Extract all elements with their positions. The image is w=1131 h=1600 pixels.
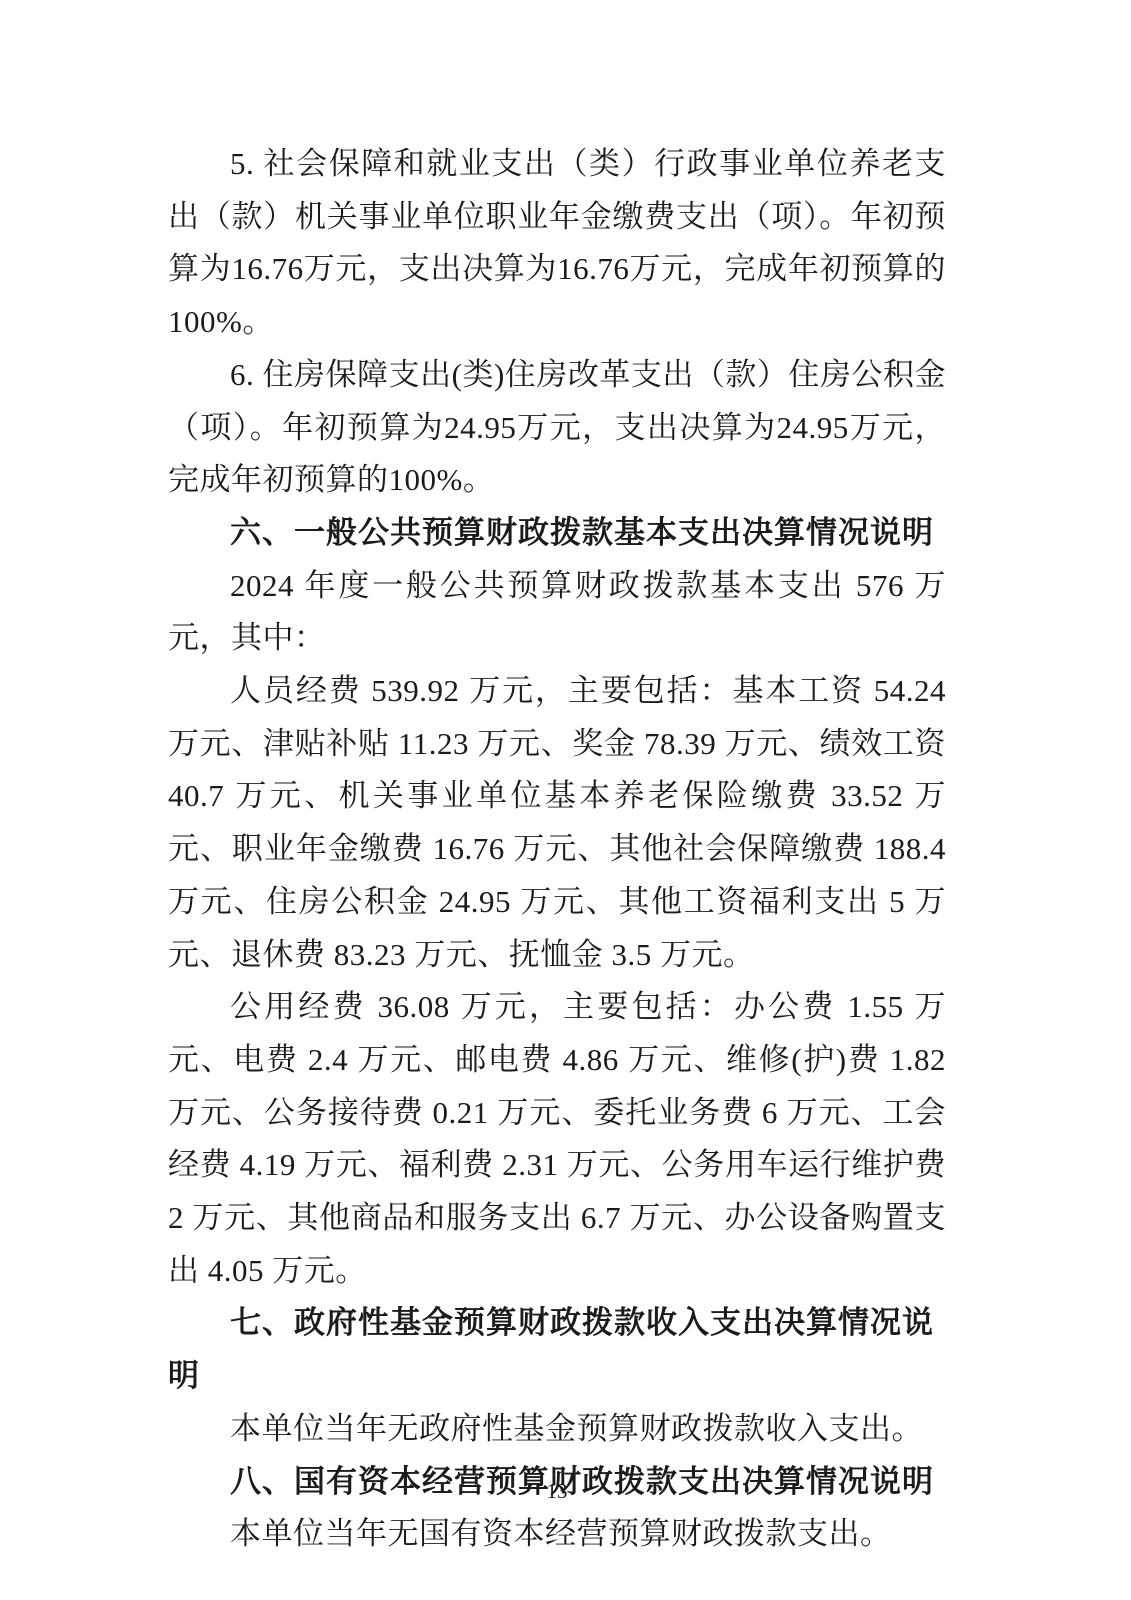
section-heading-six-basic-expenditure: 六、一般公共预算财政拨款基本支出决算情况说明 bbox=[168, 507, 946, 560]
document-page: 5. 社会保障和就业支出（类）行政事业单位养老支出（款）机关事业单位职业年金缴费… bbox=[0, 0, 1131, 1600]
paragraph-no-government-fund: 本单位当年无政府性基金预算财政拨款收入支出。 bbox=[168, 1403, 946, 1456]
section-heading-seven-government-fund: 七、政府性基金预算财政拨款收入支出决算情况说明 bbox=[168, 1297, 946, 1402]
paragraph-no-state-capital: 本单位当年无国有资本经营预算财政拨款支出。 bbox=[168, 1508, 946, 1561]
paragraph-basic-expenditure-total: 2024 年度一般公共预算财政拨款基本支出 576 万元，其中： bbox=[168, 560, 946, 665]
document-content: 5. 社会保障和就业支出（类）行政事业单位养老支出（款）机关事业单位职业年金缴费… bbox=[168, 138, 946, 1561]
paragraph-personnel-funds: 人员经费 539.92 万元，主要包括：基本工资 54.24 万元、津贴补贴 1… bbox=[168, 665, 946, 981]
paragraph-housing-fund: 6. 住房保障支出(类)住房改革支出（款）住房公积金（项）。年初预算为24.95… bbox=[168, 349, 946, 507]
page-number: 13 bbox=[168, 1478, 946, 1504]
paragraph-social-security-pension: 5. 社会保障和就业支出（类）行政事业单位养老支出（款）机关事业单位职业年金缴费… bbox=[168, 138, 946, 349]
paragraph-public-funds: 公用经费 36.08 万元，主要包括：办公费 1.55 万元、电费 2.4 万元… bbox=[168, 981, 946, 1297]
